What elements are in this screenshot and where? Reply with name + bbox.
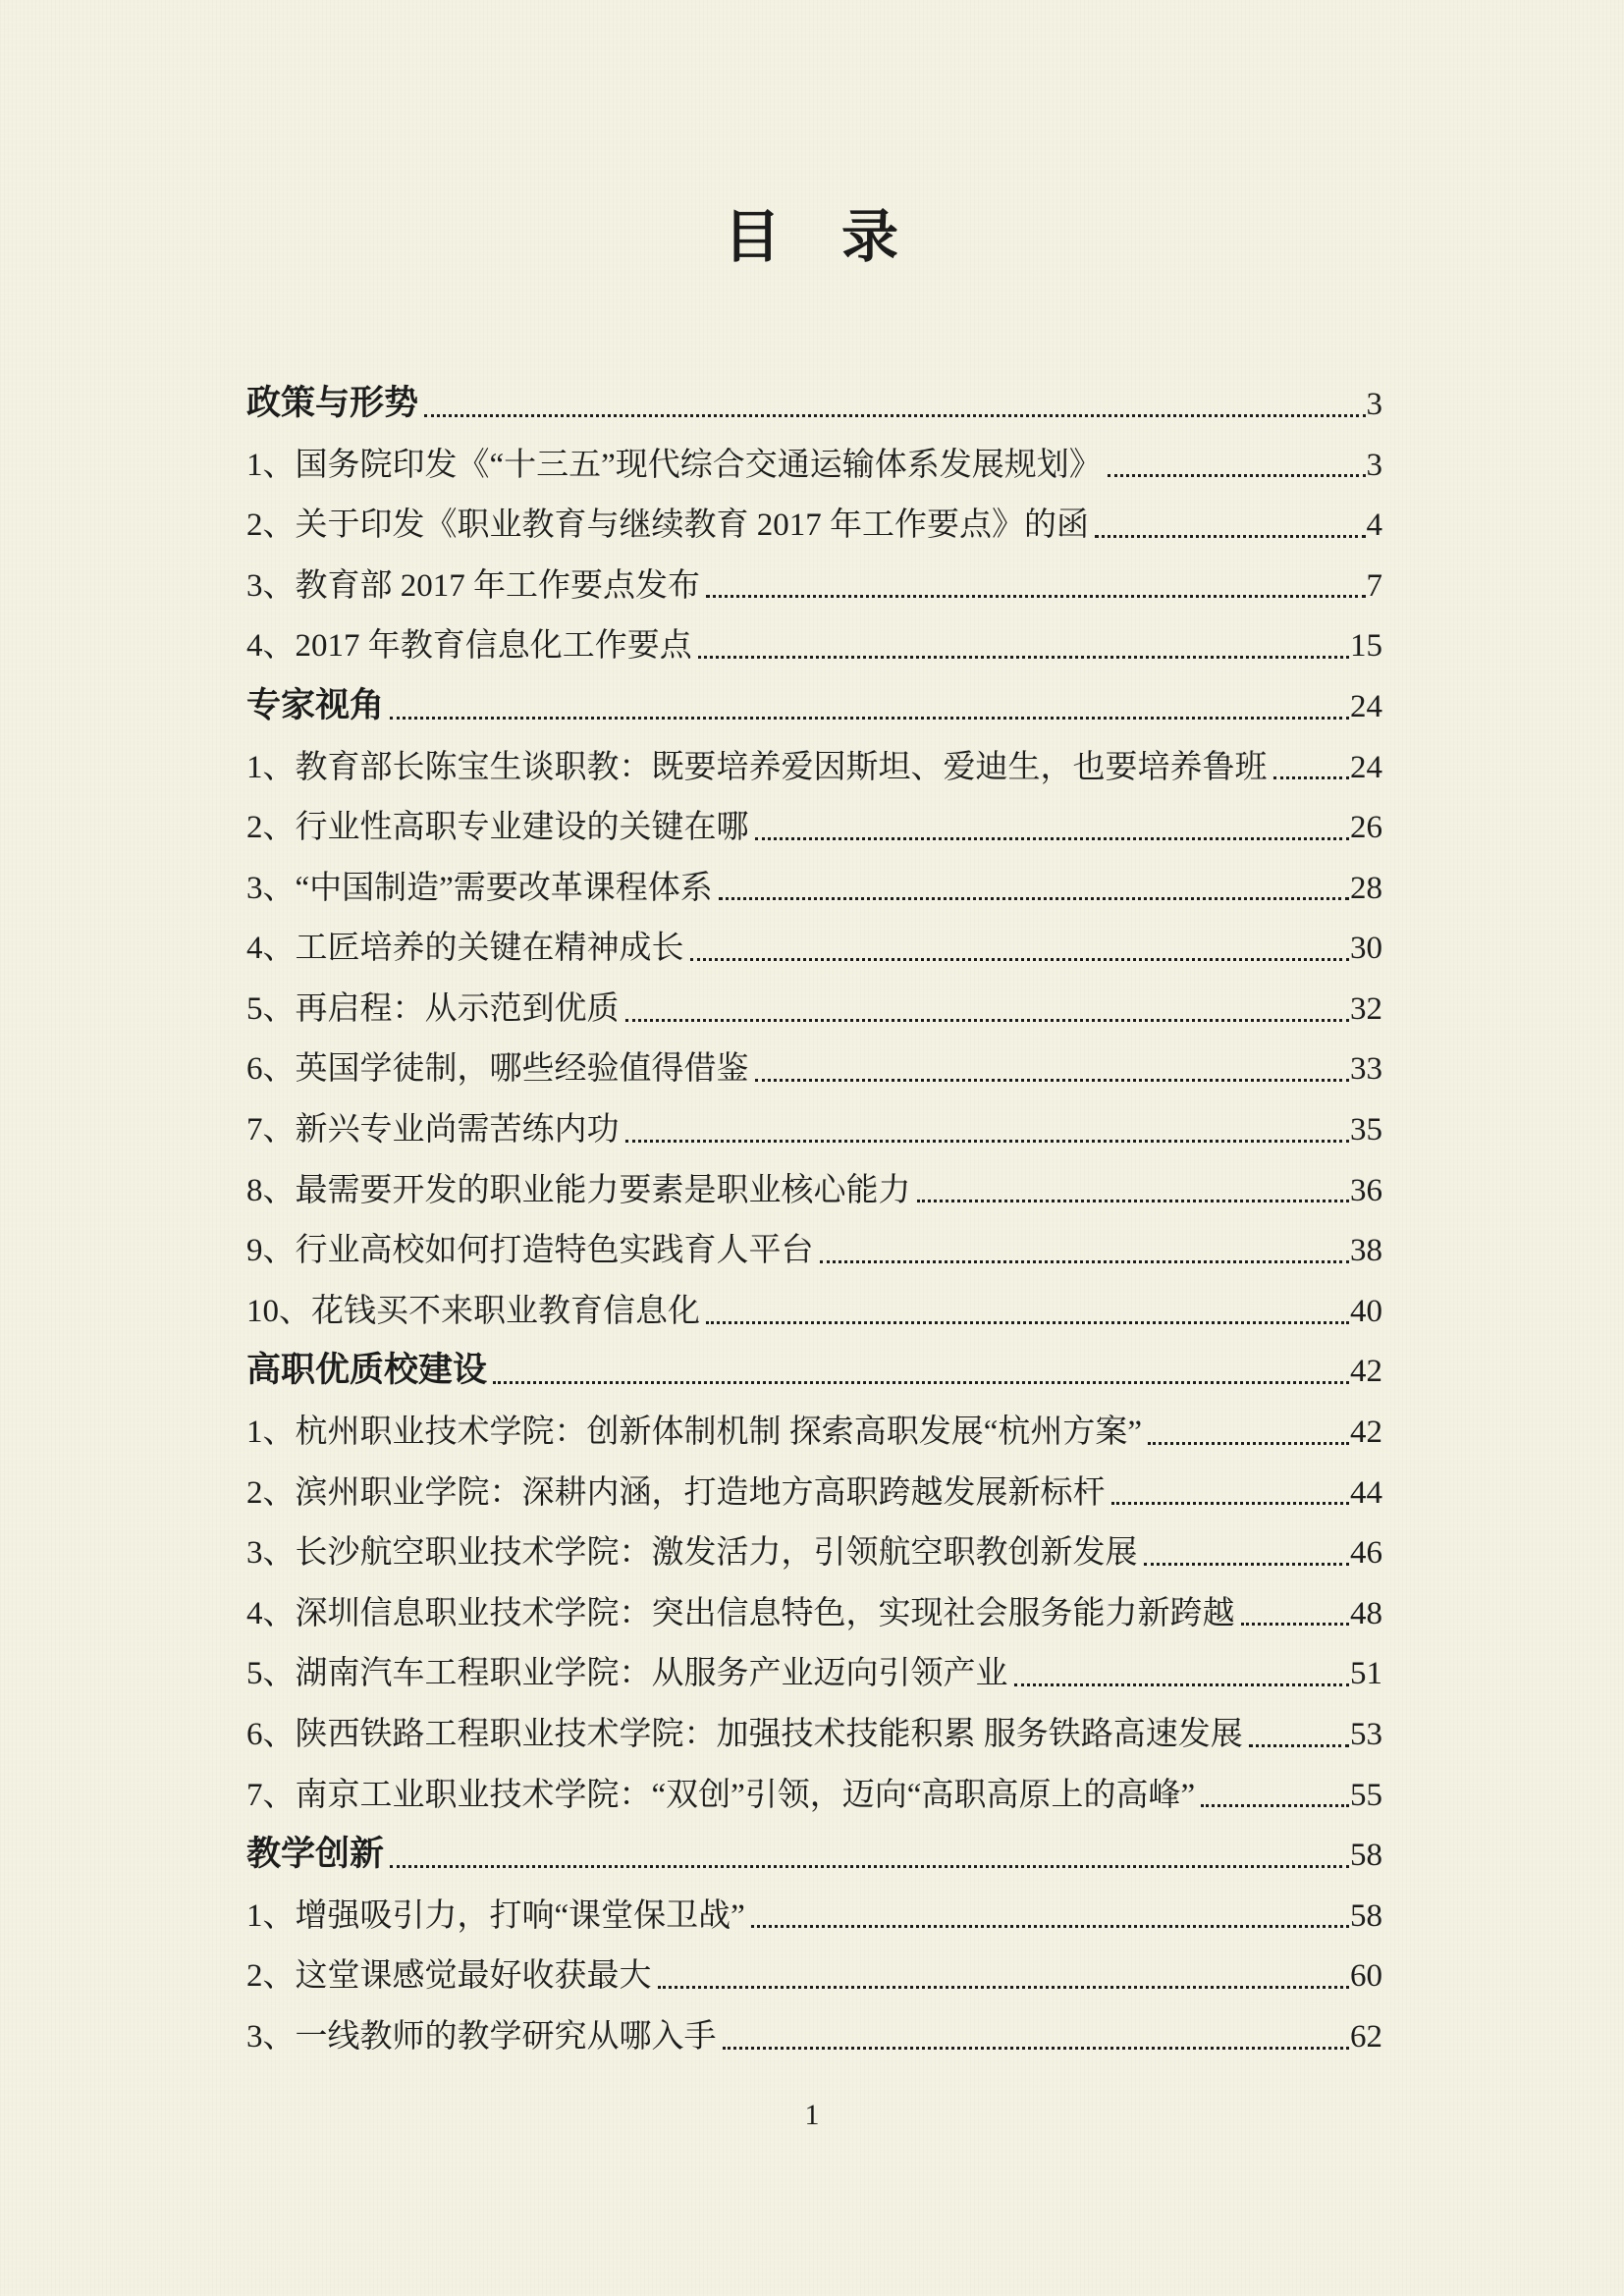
dot-leader — [820, 1260, 1350, 1263]
toc-entry-page: 7 — [1367, 569, 1383, 604]
toc-entry-3-2: 2、滨州职业学院：深耕内涵，打造地方高职跨越发展新标杆 44 — [246, 1450, 1382, 1511]
dot-leader — [690, 958, 1350, 961]
document-page: 目 录 政策与形势 3 1、国务院印发《“十三五”现代综合交通运输体系发展规划》… — [0, 0, 1624, 2296]
toc-entry-page: 26 — [1350, 811, 1382, 845]
toc-entry-page: 38 — [1350, 1234, 1382, 1268]
toc-entry-page: 28 — [1350, 872, 1382, 906]
toc-entry-page: 48 — [1350, 1597, 1382, 1631]
toc-entry-title: 1、国务院印发《“十三五”现代综合交通运输体系发展规划》 — [246, 449, 1102, 483]
dot-leader — [390, 717, 1349, 720]
dot-leader — [1273, 776, 1350, 779]
toc-entry-title: 1、教育部长陈宝生谈职教：既要培养爱因斯坦、爱迪生，也要培养鲁班 — [246, 751, 1268, 785]
toc-entry-1-2: 2、关于印发《职业教育与继续教育 2017 年工作要点》的函 4 — [246, 482, 1382, 543]
toc-entry-title: 7、新兴专业尚需苦练内功 — [246, 1113, 620, 1148]
toc-entry-2-7: 7、新兴专业尚需苦练内功 35 — [246, 1087, 1382, 1148]
toc-entry-3-6: 6、陕西铁路工程职业技术学院：加强技术技能积累 服务铁路高速发展 53 — [246, 1691, 1382, 1752]
toc-entry-page: 55 — [1350, 1779, 1382, 1813]
dot-leader — [706, 595, 1366, 598]
dot-leader — [1144, 1563, 1350, 1566]
toc-entry-page: 24 — [1350, 690, 1382, 724]
toc-entry-page: 58 — [1350, 1839, 1382, 1873]
toc-entry-page: 53 — [1350, 1718, 1382, 1752]
toc-entry-3-7: 7、南京工业职业技术学院：“双创”引领，迈向“高职高原上的高峰” 55 — [246, 1752, 1382, 1813]
toc-entry-title: 8、最需要开发的职业能力要素是职业核心能力 — [246, 1174, 911, 1208]
toc-entry-2-9: 9、行业高校如何打造特色实践育人平台 38 — [246, 1207, 1382, 1268]
toc-entry-title: 6、英国学徒制，哪些经验值得借鉴 — [246, 1052, 749, 1087]
dot-leader — [1249, 1744, 1349, 1747]
toc-entry-title: 2、关于印发《职业教育与继续教育 2017 年工作要点》的函 — [246, 508, 1089, 543]
toc-entry-2-5: 5、再启程：从示范到优质 32 — [246, 966, 1382, 1027]
dot-leader — [719, 897, 1349, 900]
dot-leader — [1111, 1502, 1350, 1505]
dot-leader — [658, 1986, 1350, 1989]
toc-entry-title: 5、再启程：从示范到优质 — [246, 992, 620, 1027]
toc-section-heading-4: 教学创新 58 — [246, 1812, 1382, 1873]
toc-entry-title: 专家视角 — [246, 688, 384, 724]
toc-entry-page: 46 — [1350, 1536, 1382, 1571]
toc-entry-title: 5、湖南汽车工程职业学院：从服务产业迈向引领产业 — [246, 1657, 1008, 1691]
toc-entry-title: 政策与形势 — [246, 386, 418, 422]
toc-entry-2-6: 6、英国学徒制，哪些经验值得借鉴 33 — [246, 1027, 1382, 1088]
dot-leader — [1095, 535, 1366, 538]
dot-leader — [706, 1321, 1349, 1324]
toc-entry-page: 35 — [1350, 1113, 1382, 1148]
dot-leader — [493, 1381, 1349, 1384]
toc-entry-1-3: 3、教育部 2017 年工作要点发布 7 — [246, 543, 1382, 604]
toc-entry-title: 3、“中国制造”需要改革课程体系 — [246, 872, 713, 906]
footer-page-number: 1 — [0, 2101, 1624, 2130]
toc-entry-2-1: 1、教育部长陈宝生谈职教：既要培养爱因斯坦、爱迪生，也要培养鲁班 24 — [246, 724, 1382, 785]
toc-entry-page: 3 — [1367, 388, 1383, 422]
toc-entry-title: 4、2017 年教育信息化工作要点 — [246, 629, 692, 664]
toc-entry-title: 高职优质校建设 — [246, 1353, 487, 1389]
toc-entry-page: 15 — [1350, 629, 1382, 664]
toc-entry-page: 33 — [1350, 1052, 1382, 1087]
dot-leader — [755, 837, 1350, 840]
toc-section-heading-1: 政策与形势 3 — [246, 361, 1382, 422]
toc-entry-4-1: 1、增强吸引力，打响“课堂保卫战” 58 — [246, 1873, 1382, 1934]
toc-entry-page: 30 — [1350, 932, 1382, 966]
page-title: 目 录 — [0, 194, 1624, 280]
toc-entry-page: 4 — [1367, 508, 1383, 543]
toc-entry-3-1: 1、杭州职业技术学院：创新体制机制 探索高职发展“杭州方案” 42 — [246, 1389, 1382, 1450]
dot-leader — [625, 1140, 1350, 1143]
toc-entry-title: 2、行业性高职专业建设的关键在哪 — [246, 811, 749, 845]
dot-leader — [625, 1019, 1350, 1022]
dot-leader — [1201, 1804, 1349, 1807]
toc-entry-title: 9、行业高校如何打造特色实践育人平台 — [246, 1234, 814, 1268]
toc-entry-title: 教学创新 — [246, 1837, 384, 1873]
dot-leader — [1014, 1683, 1350, 1686]
toc-entry-page: 62 — [1350, 2020, 1382, 2055]
toc-entry-4-2: 2、这堂课感觉最好收获最大 60 — [246, 1933, 1382, 1994]
toc-entry-title: 7、南京工业职业技术学院：“双创”引领，迈向“高职高原上的高峰” — [246, 1779, 1195, 1813]
toc-entry-title: 3、一线教师的教学研究从哪入手 — [246, 2020, 717, 2055]
toc-entry-title: 2、这堂课感觉最好收获最大 — [246, 1959, 652, 1994]
toc-entry-2-8: 8、最需要开发的职业能力要素是职业核心能力 36 — [246, 1148, 1382, 1208]
toc-entry-title: 6、陕西铁路工程职业技术学院：加强技术技能积累 服务铁路高速发展 — [246, 1718, 1243, 1752]
toc-entry-page: 40 — [1350, 1295, 1382, 1329]
toc-entry-page: 32 — [1350, 992, 1382, 1027]
toc-entry-title: 4、工匠培养的关键在精神成长 — [246, 932, 684, 966]
toc-entry-3-5: 5、湖南汽车工程职业学院：从服务产业迈向引领产业 51 — [246, 1630, 1382, 1691]
dot-leader — [1108, 474, 1366, 477]
dot-leader — [755, 1079, 1350, 1082]
toc-entry-1-1: 1、国务院印发《“十三五”现代综合交通运输体系发展规划》 3 — [246, 422, 1382, 483]
dot-leader — [1148, 1442, 1349, 1445]
toc-entry-page: 51 — [1350, 1657, 1382, 1691]
toc-entry-title: 3、长沙航空职业技术学院：激发活力，引领航空职教创新发展 — [246, 1536, 1138, 1571]
toc-entry-2-2: 2、行业性高职专业建设的关键在哪 26 — [246, 784, 1382, 845]
dot-leader — [917, 1200, 1350, 1202]
toc-entry-page: 3 — [1367, 449, 1383, 483]
toc-entry-3-3: 3、长沙航空职业技术学院：激发活力，引领航空职教创新发展 46 — [246, 1510, 1382, 1571]
toc-entry-title: 10、花钱买不来职业教育信息化 — [246, 1295, 700, 1329]
toc-entry-2-10: 10、花钱买不来职业教育信息化 40 — [246, 1268, 1382, 1329]
toc-section-heading-3: 高职优质校建设 42 — [246, 1329, 1382, 1390]
toc-section-heading-2: 专家视角 24 — [246, 664, 1382, 724]
dot-leader — [1241, 1623, 1350, 1626]
toc-entry-title: 2、滨州职业学院：深耕内涵，打造地方高职跨越发展新标杆 — [246, 1476, 1106, 1511]
toc-entry-page: 36 — [1350, 1174, 1382, 1208]
dot-leader — [751, 1925, 1349, 1928]
dot-leader — [424, 414, 1365, 417]
toc-entry-title: 1、增强吸引力，打响“课堂保卫战” — [246, 1899, 745, 1934]
toc-entry-page: 44 — [1350, 1476, 1382, 1511]
dot-leader — [698, 656, 1349, 659]
toc-entry-2-3: 3、“中国制造”需要改革课程体系 28 — [246, 845, 1382, 906]
dot-leader — [723, 2047, 1350, 2050]
toc-entry-page: 58 — [1350, 1899, 1382, 1934]
toc-entry-2-4: 4、工匠培养的关键在精神成长 30 — [246, 905, 1382, 966]
toc-entry-page: 60 — [1350, 1959, 1382, 1994]
toc-list: 政策与形势 3 1、国务院印发《“十三五”现代综合交通运输体系发展规划》 3 2… — [246, 361, 1382, 2055]
toc-entry-title: 3、教育部 2017 年工作要点发布 — [246, 569, 700, 604]
toc-entry-title: 1、杭州职业技术学院：创新体制机制 探索高职发展“杭州方案” — [246, 1415, 1142, 1450]
toc-entry-4-3: 3、一线教师的教学研究从哪入手 62 — [246, 1994, 1382, 2055]
dot-leader — [390, 1865, 1349, 1868]
toc-entry-1-4: 4、2017 年教育信息化工作要点 15 — [246, 603, 1382, 664]
toc-entry-page: 24 — [1350, 751, 1382, 785]
toc-entry-title: 4、深圳信息职业技术学院：突出信息特色，实现社会服务能力新跨越 — [246, 1597, 1235, 1631]
toc-entry-3-4: 4、深圳信息职业技术学院：突出信息特色，实现社会服务能力新跨越 48 — [246, 1571, 1382, 1631]
toc-entry-page: 42 — [1350, 1415, 1382, 1450]
toc-entry-page: 42 — [1350, 1355, 1382, 1389]
